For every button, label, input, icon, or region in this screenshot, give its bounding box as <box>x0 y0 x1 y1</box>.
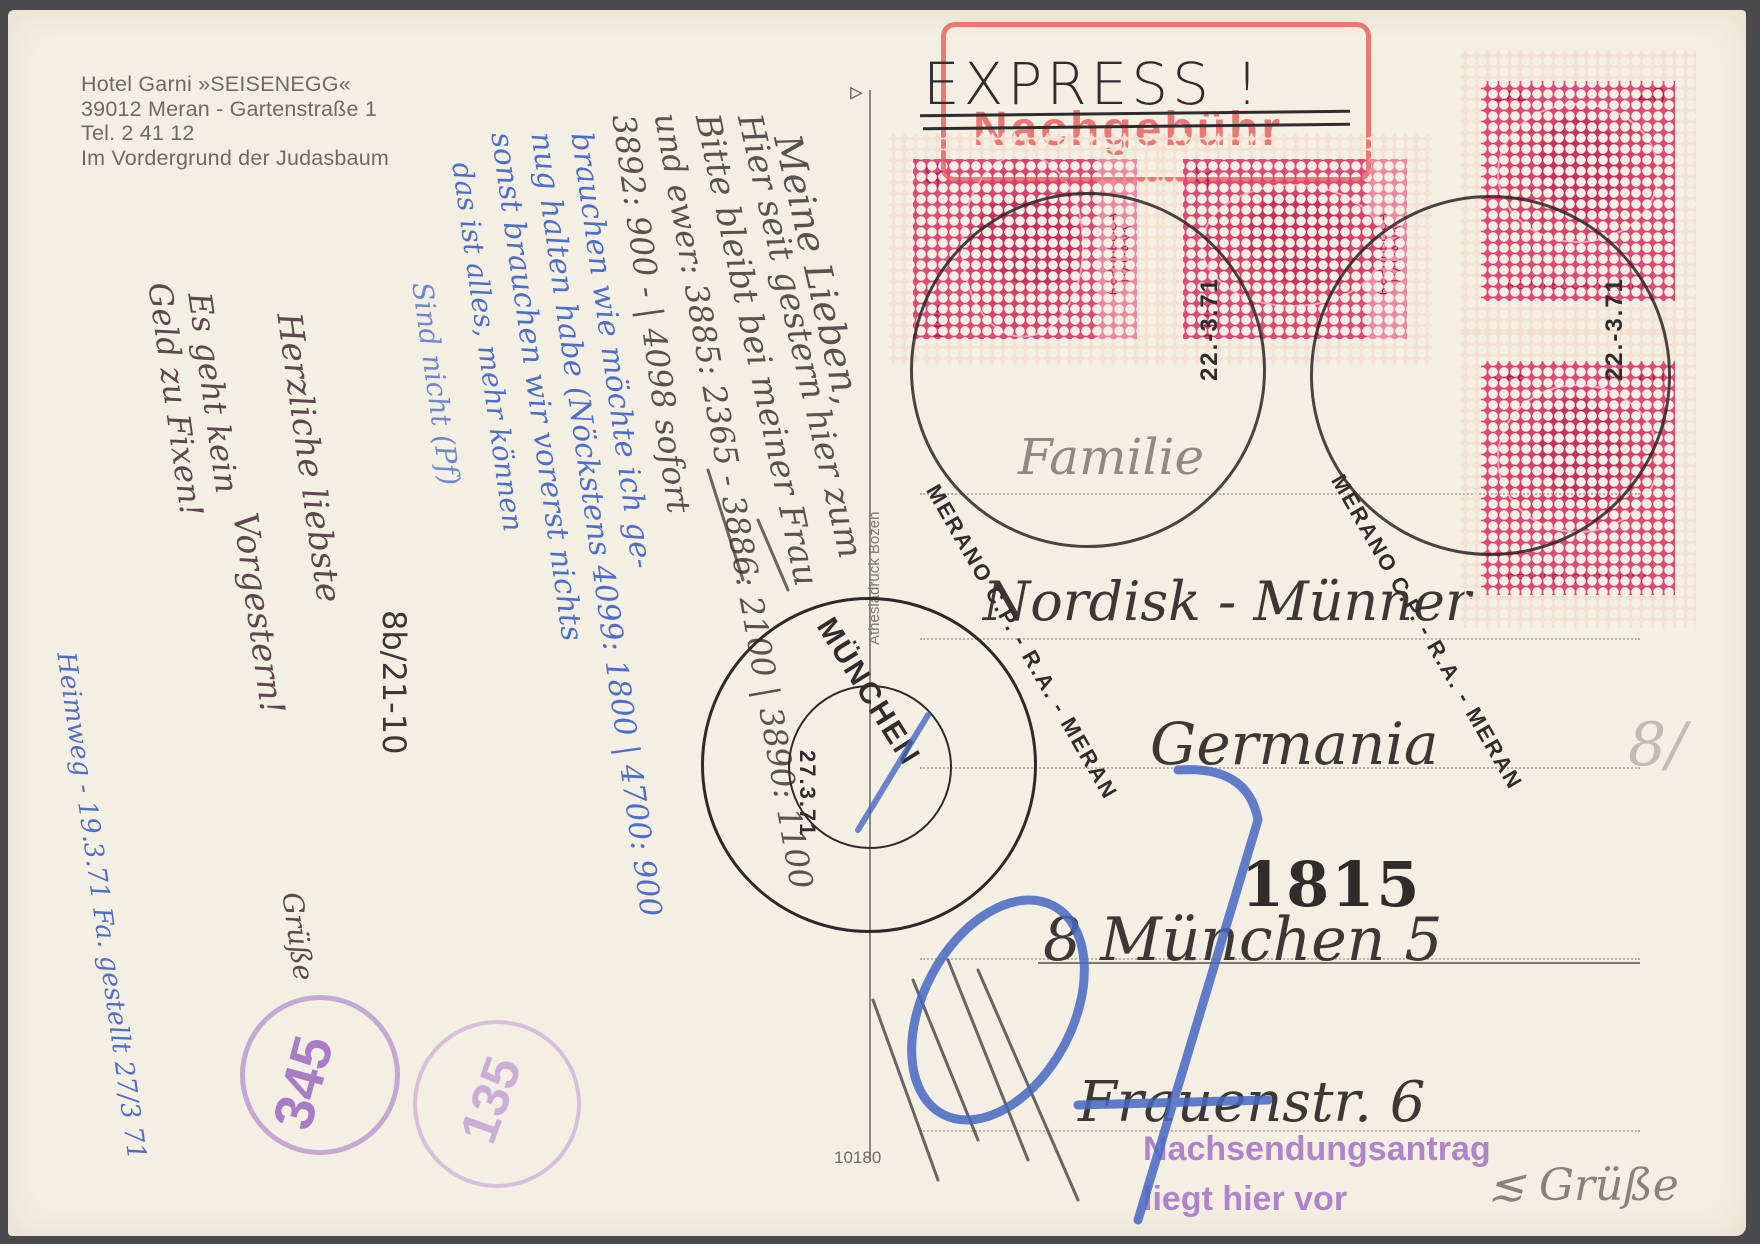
postmark-date: 22.-3.71 <box>1196 277 1224 381</box>
postcard: Hotel Garni »SEISENEGG« 39012 Meran - Ga… <box>8 10 1746 1236</box>
greeting-line: Vorgestern! <box>224 510 292 717</box>
greeting-line: Grüße <box>275 890 320 983</box>
greeting-line: Herzliche liebste <box>268 310 348 605</box>
side-note: Heimweg - 19.3.71 Fa. gestellt 27/3 71 <box>50 650 151 1162</box>
printed-hotel-header: Hotel Garni »SEISENEGG« 39012 Meran - Ga… <box>81 72 389 170</box>
postmark-date: 22.-3.71 <box>1601 277 1629 381</box>
publisher-logo-icon: ▹ <box>850 76 863 107</box>
express-marking: EXPRESS ! <box>923 50 1263 118</box>
hotel-name: Hotel Garni »SEISENEGG« <box>81 72 389 97</box>
message-line-blue: Sind nicht (Pf) <box>405 280 466 488</box>
hotel-address: 39012 Meran - Gartenstraße 1 <box>81 97 389 122</box>
blue-crayon-postage-due-mark <box>848 710 1308 1240</box>
pencil-note: ≲ Grüße <box>1488 1160 1679 1211</box>
date-note: 8b/21-10 <box>375 610 413 754</box>
pencil-mark: 8/ <box>1628 710 1686 780</box>
photo-caption: Im Vordergrund der Judasbaum <box>81 146 389 171</box>
hotel-phone: Tel. 2 41 12 <box>81 121 389 146</box>
